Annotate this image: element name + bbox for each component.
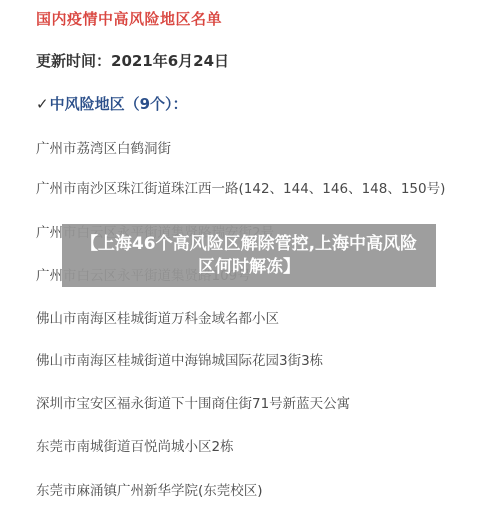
list-item: 东莞市南城街道百悦尚城小区2栋 [36,441,234,455]
check-icon: ✓ [36,95,49,113]
list-item: 佛山市南海区桂城街道中海锦城国际花园3街3栋 [36,355,323,369]
list-item: 东莞市麻涌镇广州新华学院(东莞校区) [36,485,263,499]
list-item: 广州市荔湾区白鹤洞街 [36,143,171,157]
update-time: 更新时间：2021年6月24日 [36,54,229,69]
list-item: 广州市南沙区珠江街道珠江西一路(142、144、146、148、150号) [36,183,445,197]
banner-text: 【上海46个高风险区解除管控,上海中高风险区何时解冻】 [74,233,424,279]
section-heading: ✓中风险地区（9个）： [36,97,188,112]
list-item: 深圳市宝安区福永街道下十围商住街71号新蓝天公寓 [36,398,350,412]
section-label: 中风险地区（9个）： [50,95,188,113]
list-item: 佛山市南海区桂城街道万科金域名都小区 [36,313,279,327]
page-title: 国内疫情中高风险地区名单 [36,12,222,27]
headline-banner[interactable]: 【上海46个高风险区解除管控,上海中高风险区何时解冻】 [62,224,436,287]
